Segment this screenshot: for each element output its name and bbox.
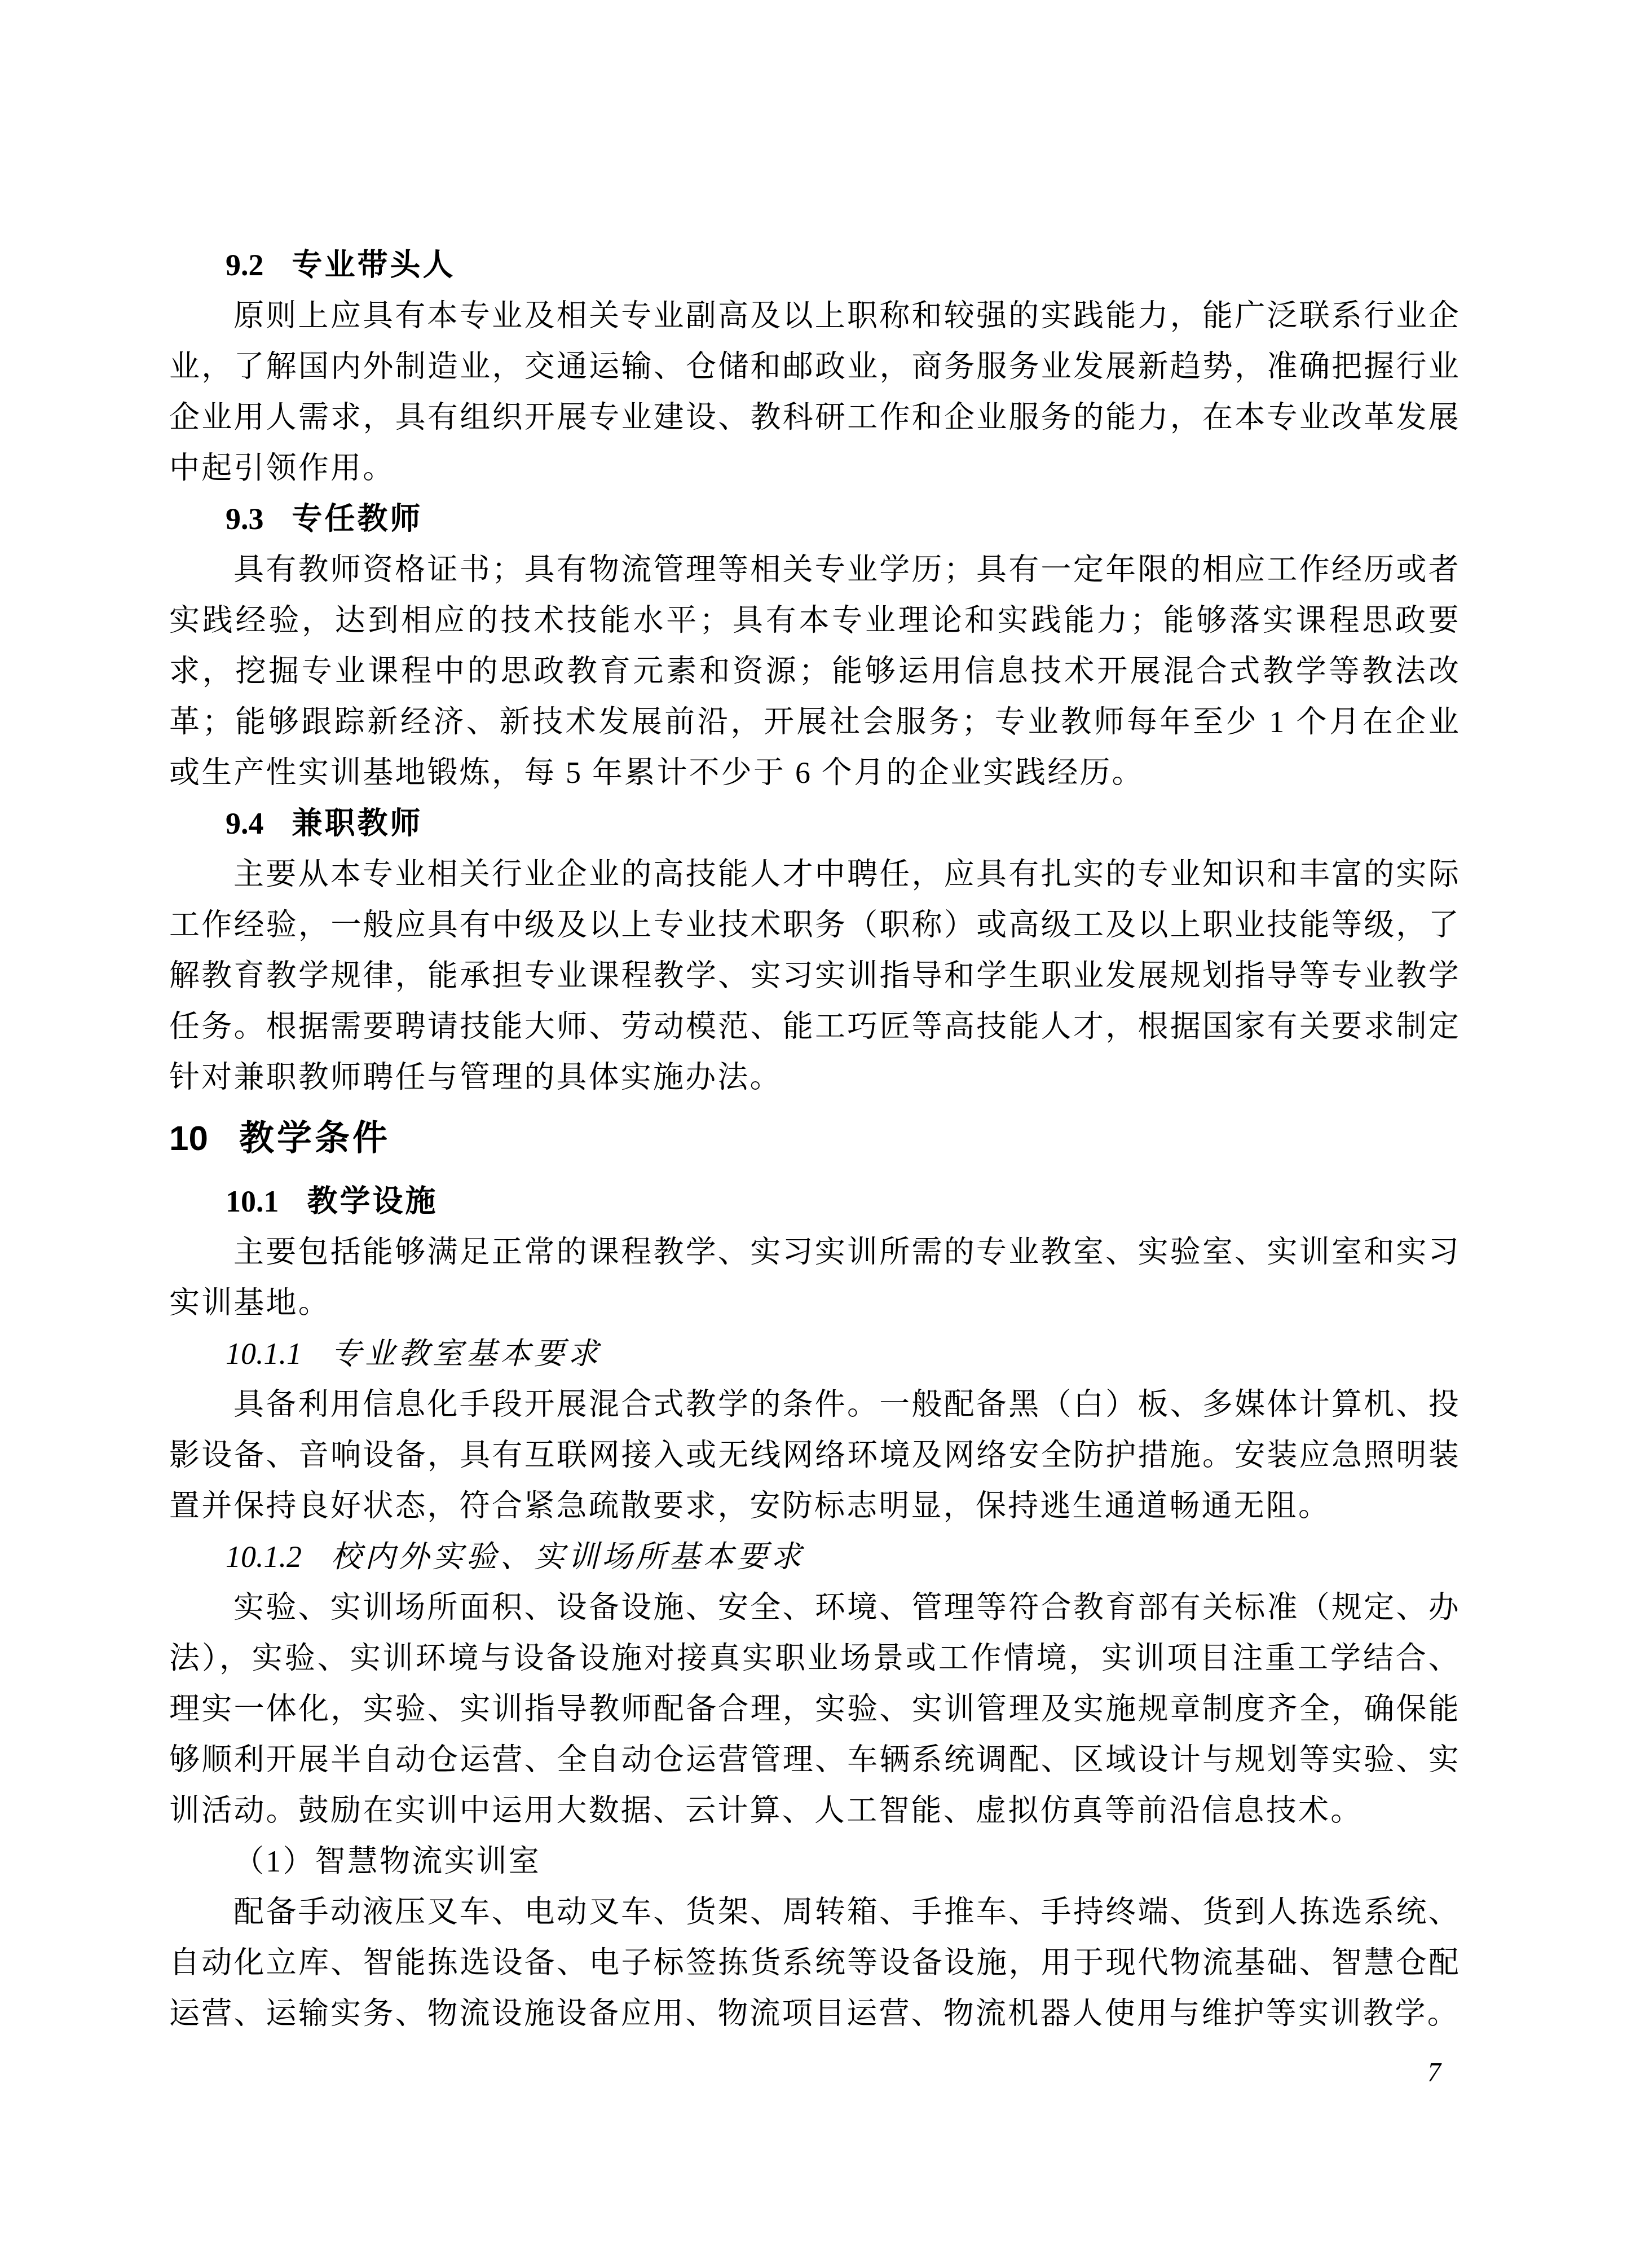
list-item-smart-logistics-lab: （1）智慧物流实训室 xyxy=(169,1836,1461,1887)
paragraph-fulltime-teachers: 具有教师资格证书；具有物流管理等相关专业学历；具有一定年限的相应工作经历或者实践… xyxy=(169,544,1461,798)
section-heading-9-4: 9.4兼职教师 xyxy=(169,798,1461,849)
clause-heading-10-1-2: 10.1.2校内外实验、实训场所基本要求 xyxy=(169,1531,1461,1582)
section-heading-10-1: 10.1教学设施 xyxy=(169,1176,1461,1227)
section-title-9-3: 专任教师 xyxy=(292,502,423,536)
chapter-heading-10: 10教学条件 xyxy=(169,1111,1461,1167)
section-title-9-4: 兼职教师 xyxy=(292,807,423,840)
section-number-10-1: 10.1 xyxy=(226,1184,279,1218)
clause-number-10-1-2: 10.1.2 xyxy=(226,1540,302,1574)
clause-title-10-1-2: 校内外实验、实训场所基本要求 xyxy=(331,1540,805,1574)
paragraph-lab-equipment: 配备手动液压叉车、电动叉车、货架、周转箱、手推车、手持终端、货到人拣选系统、自动… xyxy=(169,1887,1461,2039)
section-title-9-2: 专业带头人 xyxy=(292,248,456,282)
page-number: 7 xyxy=(1427,2056,1441,2090)
section-heading-9-2: 9.2专业带头人 xyxy=(169,240,1461,290)
clause-heading-10-1-1: 10.1.1专业教室基本要求 xyxy=(169,1328,1461,1379)
chapter-title-10: 教学条件 xyxy=(239,1119,390,1158)
paragraph-professional-leader: 原则上应具有本专业及相关专业副高及以上职称和较强的实践能力，能广泛联系行业企业，… xyxy=(169,290,1461,494)
paragraph-parttime-teachers: 主要从本专业相关行业企业的高技能人才中聘任，应具有扎实的专业知识和丰富的实际工作… xyxy=(169,849,1461,1103)
section-heading-9-3: 9.3专任教师 xyxy=(169,494,1461,544)
chapter-number-10: 10 xyxy=(169,1119,208,1158)
paragraph-teaching-facilities: 主要包括能够满足正常的课程教学、实习实训所需的专业教室、实验室、实训室和实习实训… xyxy=(169,1227,1461,1328)
paragraph-training-site-requirements: 实验、实训场所面积、设备设施、安全、环境、管理等符合教育部有关标准（规定、办法）… xyxy=(169,1582,1461,1836)
document-page: 9.2专业带头人 原则上应具有本专业及相关专业副高及以上职称和较强的实践能力，能… xyxy=(0,0,1627,2268)
section-title-10-1: 教学设施 xyxy=(307,1184,438,1218)
section-number-9-3: 9.3 xyxy=(226,502,264,536)
document-body: 9.2专业带头人 原则上应具有本专业及相关专业副高及以上职称和较强的实践能力，能… xyxy=(169,240,1461,2039)
paragraph-classroom-requirements: 具备利用信息化手段开展混合式教学的条件。一般配备黑（白）板、多媒体计算机、投影设… xyxy=(169,1379,1461,1531)
clause-number-10-1-1: 10.1.1 xyxy=(226,1337,302,1371)
section-number-9-4: 9.4 xyxy=(226,807,264,840)
section-number-9-2: 9.2 xyxy=(226,248,264,282)
clause-title-10-1-1: 专业教室基本要求 xyxy=(331,1337,602,1371)
